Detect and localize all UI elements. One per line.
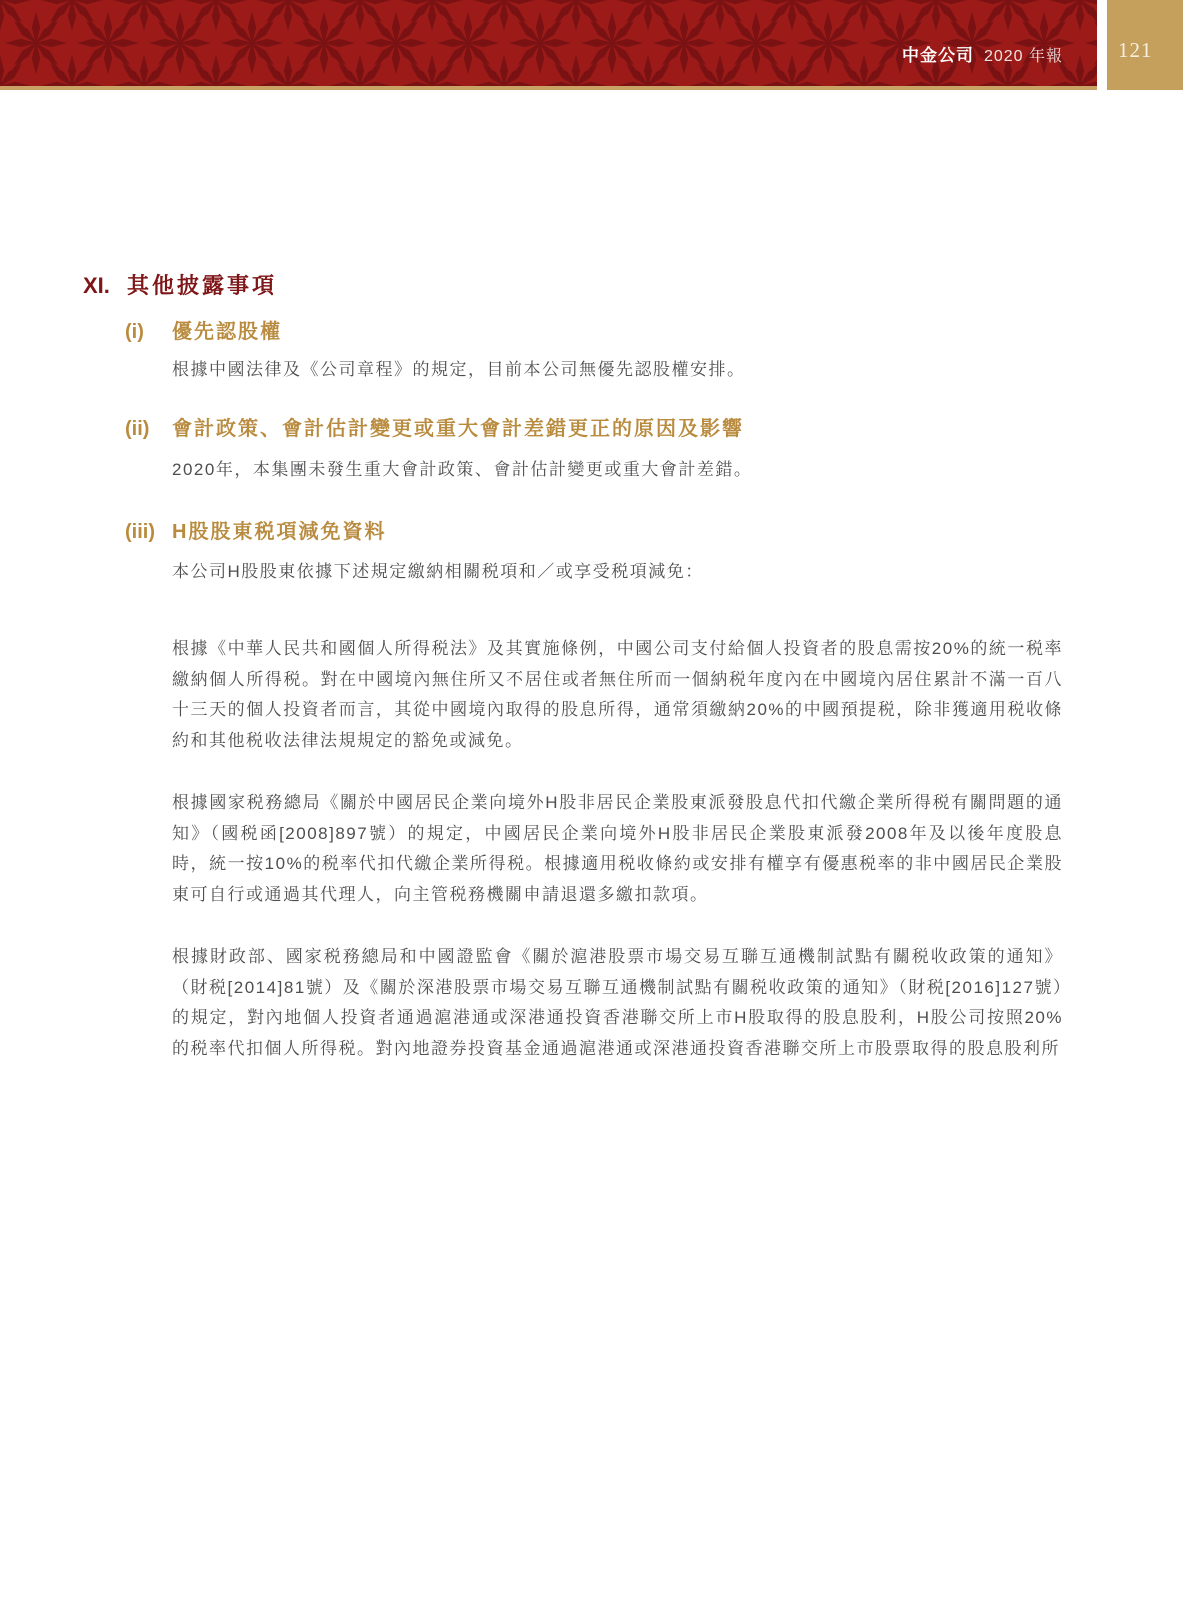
subsection-title-iii: H股股東税項減免資料 <box>172 521 386 543</box>
subsection-heading-ii: (ii)會計政策、會計估計變更或重大會計差錯更正的原因及影響 <box>125 414 744 444</box>
page-number: 121 <box>1118 38 1153 63</box>
paragraph-iii-1: 根據《中華人民共和國個人所得税法》及其實施條例，中國公司支付給個人投資者的股息需… <box>172 634 1063 756</box>
section-title: 其他披露事項 <box>127 273 277 298</box>
paragraph-iii-2: 根據國家税務總局《關於中國居民企業向境外H股非居民企業股東派發股息代扣代繳企業所… <box>172 788 1063 910</box>
paragraph-ii-1: 2020年，本集團未發生重大會計政策、會計估計變更或重大會計差錯。 <box>172 455 1063 486</box>
subsection-label-ii: (ii) <box>125 414 172 444</box>
subsection-title-i: 優先認股權 <box>172 321 282 343</box>
subsection-heading-iii: (iii)H股股東税項減免資料 <box>125 517 386 547</box>
subsection-title-ii: 會計政策、會計估計變更或重大會計差錯更正的原因及影響 <box>172 418 744 440</box>
subsection-label-iii: (iii) <box>125 517 172 547</box>
asanoha-star-pattern-icon <box>0 0 1097 86</box>
section-numeral: XI. <box>83 271 127 301</box>
company-name: 中金公司 <box>902 46 974 65</box>
paragraph-i-1: 根據中國法律及《公司章程》的規定，目前本公司無優先認股權安排。 <box>172 355 1063 386</box>
subsection-heading-i: (i)優先認股權 <box>125 317 282 347</box>
page-number-box: 121 <box>1107 0 1183 90</box>
report-page: 中金公司2020 年報 121 XI.其他披露事項 (i)優先認股權 根據中國法… <box>0 0 1190 1615</box>
main-section-heading: XI.其他披露事項 <box>83 271 277 301</box>
report-year: 2020 年報 <box>984 48 1063 65</box>
header-caption: 中金公司2020 年報 <box>902 46 1063 67</box>
subsection-label-i: (i) <box>125 317 172 347</box>
header-band: 中金公司2020 年報 <box>0 0 1097 90</box>
paragraph-iii-3: 根據財政部、國家税務總局和中國證監會《關於滬港股票市場交易互聯互通機制試點有關税… <box>172 942 1063 1064</box>
paragraph-iii-intro: 本公司H股股東依據下述規定繳納相關税項和／或享受税項減免： <box>172 557 1063 588</box>
